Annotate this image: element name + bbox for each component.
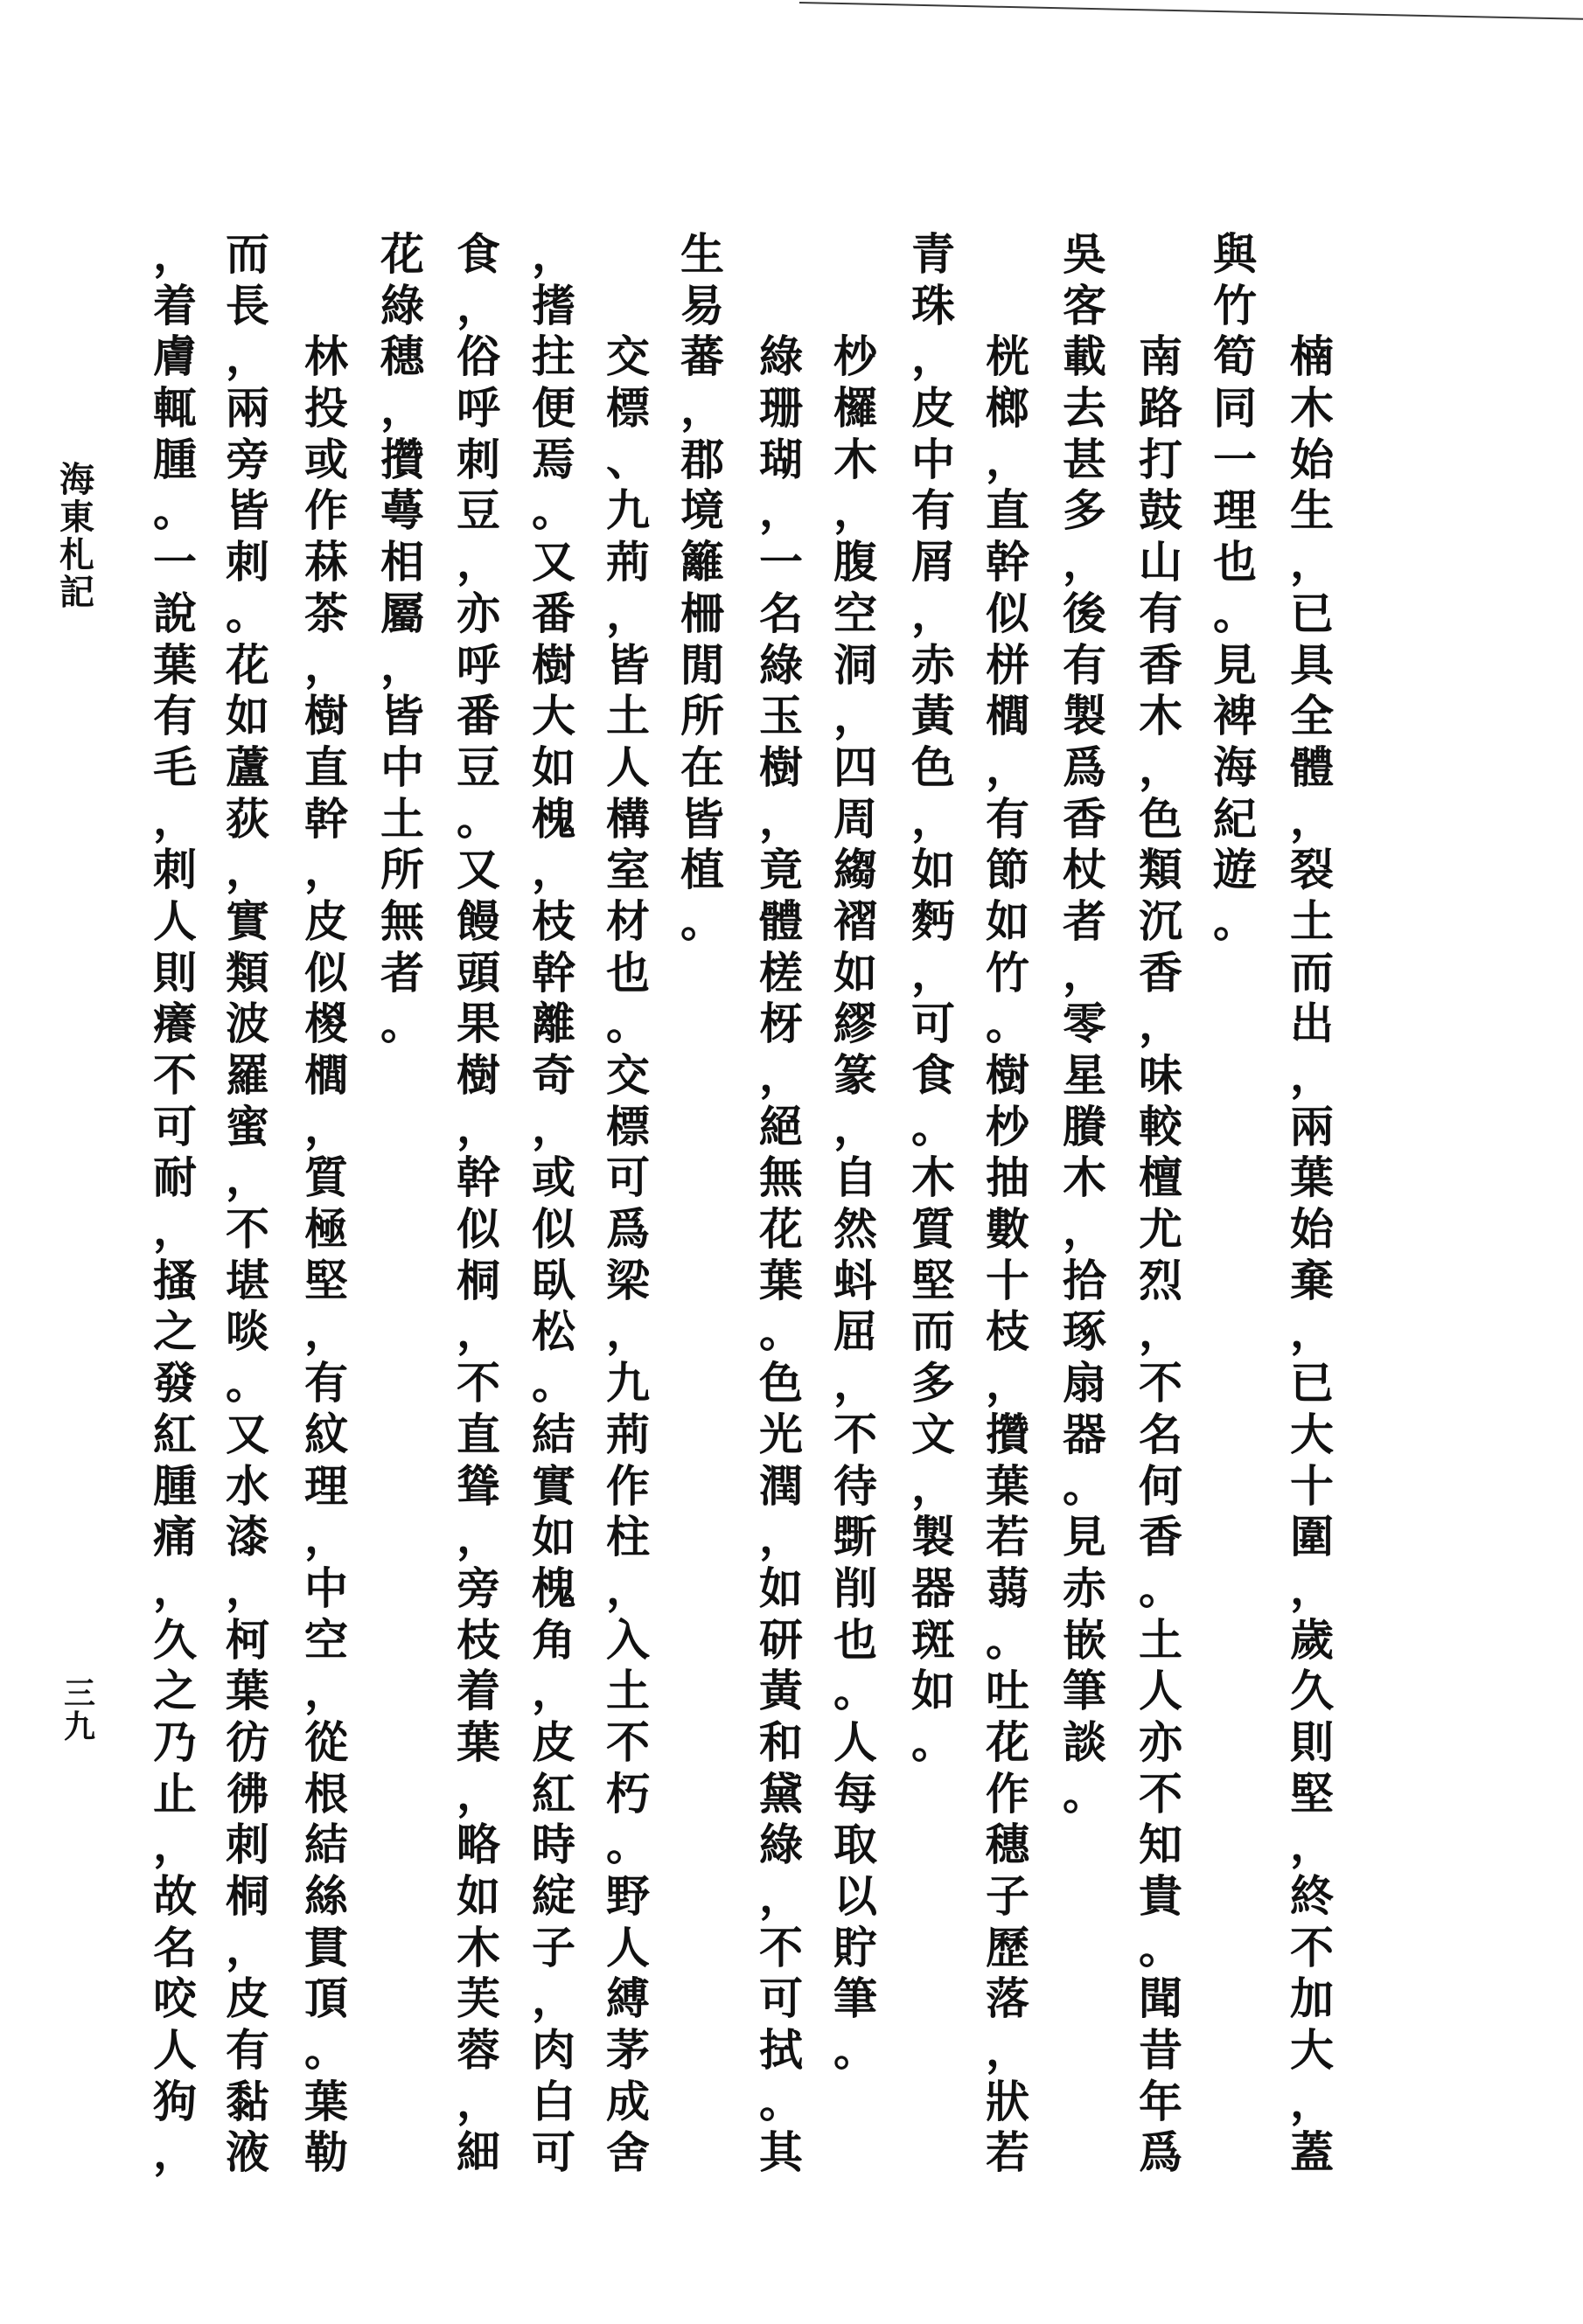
character: 材 xyxy=(603,896,653,948)
character: 也 xyxy=(1210,537,1260,588)
character: 其 xyxy=(756,2127,806,2179)
character: 木 xyxy=(908,1152,959,1204)
character: 者 xyxy=(1059,896,1110,948)
character: 筆 xyxy=(1059,1666,1110,1717)
character: 黃 xyxy=(908,691,959,742)
character: 櫚 xyxy=(301,1050,352,1102)
character: ， xyxy=(677,383,728,435)
character: 星 xyxy=(1059,1050,1110,1102)
character: ， xyxy=(528,1973,579,2025)
character: 止 xyxy=(150,1769,200,1820)
character: 同 xyxy=(1210,383,1260,435)
character: 。 xyxy=(222,1358,273,1409)
character: ， xyxy=(528,1102,579,1153)
character: 兩 xyxy=(222,383,273,435)
character: 見 xyxy=(1059,1512,1110,1563)
character: 篆 xyxy=(830,1050,881,1102)
character: 番 xyxy=(528,588,579,640)
character: 標 xyxy=(603,383,653,435)
character: 與 xyxy=(1210,229,1260,281)
character: 周 xyxy=(830,794,881,845)
character: 之 xyxy=(150,1306,200,1358)
character: 棄 xyxy=(1287,1256,1337,1307)
character: ， xyxy=(1287,1050,1337,1102)
character: 不 xyxy=(830,1409,881,1461)
character: 彿 xyxy=(222,1769,273,1820)
character: 大 xyxy=(1287,1409,1337,1461)
character: 海 xyxy=(1210,742,1260,794)
character: 何 xyxy=(1135,1461,1186,1513)
character: 黛 xyxy=(756,1769,806,1820)
character: 栟 xyxy=(982,640,1033,692)
character: 如 xyxy=(982,896,1033,948)
character: 作 xyxy=(301,485,352,537)
character: ， xyxy=(453,1102,504,1153)
character: ， xyxy=(528,845,579,896)
character: 落 xyxy=(982,1973,1033,2025)
character: 不 xyxy=(1135,1769,1186,1820)
character: ， xyxy=(756,1871,806,1923)
character: 南 xyxy=(1135,331,1186,383)
character: ， xyxy=(1059,948,1110,999)
character: 和 xyxy=(756,1717,806,1769)
character: ， xyxy=(603,1306,653,1358)
character: 作 xyxy=(603,1461,653,1513)
character: 彷 xyxy=(222,1717,273,1769)
character: 呼 xyxy=(453,640,504,692)
character: ， xyxy=(1287,1306,1337,1358)
character: 瑚 xyxy=(756,435,806,486)
character: 抽 xyxy=(982,1152,1033,1204)
character: 如 xyxy=(528,742,579,794)
character: 桐 xyxy=(222,1871,273,1923)
character: 、 xyxy=(603,435,653,486)
character: 椶 xyxy=(301,998,352,1050)
character: 。 xyxy=(756,1306,806,1358)
character: 紀 xyxy=(1210,794,1260,845)
character: 有 xyxy=(908,485,959,537)
character: 如 xyxy=(830,948,881,999)
character: 奇 xyxy=(528,1050,579,1102)
character: 潤 xyxy=(756,1461,806,1513)
character: 白 xyxy=(528,2077,579,2128)
character: 無 xyxy=(756,1152,806,1204)
character: 花 xyxy=(222,640,273,692)
character: 林 xyxy=(301,331,352,383)
character: 搔 xyxy=(150,1256,200,1307)
character: 以 xyxy=(830,1871,881,1923)
character: 每 xyxy=(830,1769,881,1820)
character: 人 xyxy=(603,742,653,794)
character: 皮 xyxy=(222,1973,273,2025)
character: 圍 xyxy=(1287,1512,1337,1563)
character: 豆 xyxy=(453,485,504,537)
character: 直 xyxy=(982,485,1033,537)
character: 相 xyxy=(377,537,428,588)
character: 柵 xyxy=(677,588,728,640)
character: 槐 xyxy=(528,794,579,845)
character: 果 xyxy=(453,998,504,1050)
character: ， xyxy=(377,383,428,435)
character: 縛 xyxy=(603,1973,653,2025)
character: 刺 xyxy=(222,1820,273,1871)
character: 番 xyxy=(453,691,504,742)
character: 人 xyxy=(150,2025,200,2077)
character: 攢 xyxy=(377,435,428,486)
character: 遊 xyxy=(1210,845,1260,896)
character: 十 xyxy=(1287,1461,1337,1513)
character: 樹 xyxy=(301,691,352,742)
character: 土 xyxy=(603,691,653,742)
character: ， xyxy=(301,640,352,692)
character: 文 xyxy=(908,1409,959,1461)
character: 聳 xyxy=(453,1461,504,1513)
character: 綻 xyxy=(528,1871,579,1923)
character: 烈 xyxy=(1135,1256,1186,1307)
character: 楠 xyxy=(1287,331,1337,383)
character: 土 xyxy=(1135,1615,1186,1666)
character: 而 xyxy=(1287,948,1337,999)
character: 斲 xyxy=(830,1512,881,1563)
text-column: 交標、九荊，皆土人構室材也。交標可爲梁，九荊作柱，入土不朽。野人縛茅成舍 xyxy=(603,229,653,2179)
character: 絕 xyxy=(756,1102,806,1153)
character: 花 xyxy=(756,1204,806,1256)
character: 聞 xyxy=(1135,1973,1186,2025)
character: 所 xyxy=(677,691,728,742)
character: 入 xyxy=(603,1615,653,1666)
character: 杖 xyxy=(1059,845,1110,896)
character: 貯 xyxy=(830,1923,881,1974)
character: 生 xyxy=(1287,485,1337,537)
character: 終 xyxy=(1287,1871,1337,1923)
character: ， xyxy=(756,1512,806,1563)
character: 理 xyxy=(301,1461,352,1513)
character: 味 xyxy=(1135,1050,1186,1102)
character: 記 xyxy=(58,574,96,611)
character: 不 xyxy=(756,1923,806,1974)
character: 賸 xyxy=(1059,1102,1110,1153)
character: 拾 xyxy=(1059,1256,1110,1307)
character: 若 xyxy=(982,2127,1033,2179)
character: ， xyxy=(1059,537,1110,588)
character: 柯 xyxy=(222,1615,273,1666)
character: 枒 xyxy=(756,998,806,1050)
character: 輒 xyxy=(150,383,200,435)
character: 舍 xyxy=(603,2127,653,2179)
character: 亦 xyxy=(1135,1717,1186,1769)
character: 皮 xyxy=(528,1717,579,1769)
character: ， xyxy=(830,1102,881,1153)
character: 木 xyxy=(830,435,881,486)
character: 略 xyxy=(453,1820,504,1871)
character: 久 xyxy=(150,1615,200,1666)
character: 花 xyxy=(377,229,428,281)
character: 類 xyxy=(222,948,273,999)
character: 九 xyxy=(603,485,653,537)
character: 杪 xyxy=(982,1102,1033,1153)
character: 着 xyxy=(150,281,200,332)
text-column: 杪欏木，腹空洞，四周縐褶如繆篆，自然蚪屈，不待斲削也。人每取以貯筆。 xyxy=(830,229,881,2077)
character: 刺 xyxy=(150,845,200,896)
character: 堪 xyxy=(222,1256,273,1307)
character: 堅 xyxy=(1287,1769,1337,1820)
text-column: ，搘拄便焉。又番樹大如槐，枝幹離奇，或似臥松。結實如槐角，皮紅時綻子，肉白可 xyxy=(528,229,579,2179)
character: 而 xyxy=(222,229,273,281)
character: 自 xyxy=(830,1152,881,1204)
character: 。 xyxy=(1059,1461,1110,1513)
character: 所 xyxy=(377,845,428,896)
character: ， xyxy=(301,1666,352,1717)
character: 色 xyxy=(908,742,959,794)
character: 昔 xyxy=(1135,2025,1186,2077)
character: 實 xyxy=(528,1461,579,1513)
character: 色 xyxy=(756,1358,806,1409)
character: 而 xyxy=(908,1306,959,1358)
character: 裂 xyxy=(1287,845,1337,896)
character: 樹 xyxy=(982,1050,1033,1102)
character: 裨 xyxy=(1210,691,1260,742)
character: 待 xyxy=(830,1461,881,1513)
character: ， xyxy=(222,331,273,383)
text-column: 楠木始生，已具全體，裂土而出，兩葉始棄，已大十圍，歲久則堅，終不加大，蓋 xyxy=(1287,229,1337,2179)
character: ， xyxy=(982,435,1033,486)
character: 頭 xyxy=(453,948,504,999)
character: 狀 xyxy=(982,2077,1033,2128)
character: 可 xyxy=(528,2127,579,2179)
character: 海 xyxy=(58,461,96,498)
character: ， xyxy=(1059,1204,1110,1256)
character: 構 xyxy=(603,794,653,845)
character: 蜜 xyxy=(222,1102,273,1153)
text-column: 南路打鼓山有香木，色類沉香，味較檀尤烈，不名何香。土人亦不知貴。聞昔年爲 xyxy=(1135,229,1186,2179)
text-column: 而長，兩旁皆刺。花如蘆荻，實類波羅蜜，不堪啖。又水漆，柯葉彷彿刺桐，皮有黏液 xyxy=(222,229,273,2179)
character: 體 xyxy=(1287,742,1337,794)
character: 木 xyxy=(453,1923,504,1974)
character: ， xyxy=(528,229,579,281)
character: ， xyxy=(908,948,959,999)
character: 四 xyxy=(830,742,881,794)
character: ， xyxy=(982,1358,1033,1409)
character: 色 xyxy=(1135,794,1186,845)
character: 。 xyxy=(603,1820,653,1871)
text-column: 食，俗呼刺豆，亦呼番豆。又饅頭果樹，幹似桐，不直聳，旁枝着葉，略如木芙蓉，細 xyxy=(453,229,504,2179)
character: 取 xyxy=(830,1820,881,1871)
character: 細 xyxy=(453,2127,504,2179)
character: ， xyxy=(528,1666,579,1717)
character: 根 xyxy=(301,1769,352,1820)
character: 木 xyxy=(1059,1152,1110,1204)
character: 中 xyxy=(377,742,428,794)
character: 勒 xyxy=(301,2127,352,2179)
character: 膚 xyxy=(150,331,200,383)
character: 筍 xyxy=(1210,331,1260,383)
character: 液 xyxy=(222,2127,273,2179)
character: 着 xyxy=(453,1666,504,1717)
character: 饅 xyxy=(453,896,504,948)
character: 子 xyxy=(982,1871,1033,1923)
character: 。 xyxy=(908,1102,959,1153)
character: 長 xyxy=(222,281,273,332)
character: 在 xyxy=(677,742,728,794)
character: 。 xyxy=(908,1717,959,1769)
character: ， xyxy=(453,1769,504,1820)
character: 腫 xyxy=(150,1461,200,1513)
character: 乃 xyxy=(150,1717,200,1769)
character: ， xyxy=(1287,537,1337,588)
character: ， xyxy=(1135,1306,1186,1358)
character: 多 xyxy=(1059,485,1110,537)
character: ， xyxy=(222,1563,273,1615)
character: 生 xyxy=(677,229,728,281)
character: ， xyxy=(1287,794,1337,845)
character: 木 xyxy=(1287,383,1337,435)
character: 竹 xyxy=(1210,281,1260,332)
character: 褶 xyxy=(830,896,881,948)
character: 便 xyxy=(528,383,579,435)
character: 貫 xyxy=(301,1923,352,1974)
character: 堅 xyxy=(908,1256,959,1307)
character: 室 xyxy=(603,845,653,896)
character: 如 xyxy=(908,845,959,896)
character: 不 xyxy=(222,1204,273,1256)
character: 有 xyxy=(222,2025,273,2077)
character: 枝 xyxy=(528,896,579,948)
character: ， xyxy=(603,1563,653,1615)
character: 似 xyxy=(528,1204,579,1256)
character: 綠 xyxy=(756,640,806,692)
character: 始 xyxy=(1287,1204,1337,1256)
character: 漆 xyxy=(222,1512,273,1563)
character: 松 xyxy=(528,1306,579,1358)
character: 又 xyxy=(528,537,579,588)
character: 甚 xyxy=(1059,435,1110,486)
character: 癢 xyxy=(150,998,200,1050)
character: 結 xyxy=(528,1409,579,1461)
character: 九 xyxy=(603,1358,653,1409)
character: 削 xyxy=(830,1563,881,1615)
character: 中 xyxy=(301,1563,352,1615)
book-page: 楠木始生，已具全體，裂土而出，兩葉始棄，已大十圍，歲久則堅，終不加大，蓋 與竹筍… xyxy=(0,0,1583,2324)
character: 不 xyxy=(150,1050,200,1102)
character: 有 xyxy=(982,794,1033,845)
character: 則 xyxy=(1287,1717,1337,1769)
character: 。 xyxy=(982,998,1033,1050)
character: 狗 xyxy=(150,2077,200,2128)
character: 朽 xyxy=(603,1769,653,1820)
character: 土 xyxy=(377,794,428,845)
character: 。 xyxy=(677,896,728,948)
character: ， xyxy=(908,331,959,383)
character: 屬 xyxy=(377,588,428,640)
character: 枝 xyxy=(982,1306,1033,1358)
character: 中 xyxy=(908,435,959,486)
character: 貴 xyxy=(1135,1871,1186,1923)
character: 也 xyxy=(830,1615,881,1666)
character: 似 xyxy=(453,1204,504,1256)
character: 琢 xyxy=(1059,1306,1110,1358)
character: 花 xyxy=(982,1717,1033,1769)
character: 。 xyxy=(150,485,200,537)
character: 蕃 xyxy=(677,331,728,383)
character: 荻 xyxy=(222,794,273,845)
character: 香 xyxy=(1135,948,1186,999)
character: 羅 xyxy=(222,1050,273,1102)
character: ， xyxy=(453,2077,504,2128)
character: 波 xyxy=(222,998,273,1050)
character: 槎 xyxy=(756,948,806,999)
character: ， xyxy=(150,1563,200,1615)
character: 葉 xyxy=(756,1256,806,1307)
character: 節 xyxy=(982,845,1033,896)
character: ， xyxy=(908,588,959,640)
text-column: 花綠穗，攢蕚相屬，皆中土所無者。 xyxy=(377,229,428,1050)
character: 研 xyxy=(756,1615,806,1666)
character: 作 xyxy=(982,1769,1033,1820)
character: 茅 xyxy=(603,2025,653,2077)
character: ， xyxy=(301,845,352,896)
character: ， xyxy=(453,1512,504,1563)
character: 。 xyxy=(1135,1923,1186,1974)
character: ， xyxy=(908,794,959,845)
character: 名 xyxy=(1135,1409,1186,1461)
character: ， xyxy=(1135,742,1186,794)
character: 綠 xyxy=(377,281,428,332)
character: 結 xyxy=(301,1820,352,1871)
character: 年 xyxy=(1135,2077,1186,2128)
character: 。 xyxy=(830,2025,881,2077)
character: 三 xyxy=(60,1677,99,1710)
character: 絲 xyxy=(301,1871,352,1923)
text-column: ，着膚輒腫。一說葉有毛，刺人則癢不可耐，搔之發紅腫痛，久之乃止，故名咬人狗， xyxy=(150,229,200,2179)
character: 有 xyxy=(1135,588,1186,640)
character: 可 xyxy=(150,1102,200,1153)
character: 交 xyxy=(603,1050,653,1102)
character: 麪 xyxy=(908,896,959,948)
character: 蓋 xyxy=(1287,2127,1337,2179)
character: 東 xyxy=(58,498,96,536)
character: 榔 xyxy=(982,383,1033,435)
character: 又 xyxy=(222,1409,273,1461)
character: 多 xyxy=(908,1358,959,1409)
text-column: 生易蕃，郡境籬柵閒所在皆植。 xyxy=(677,229,728,948)
character: 交 xyxy=(603,331,653,383)
character: 閒 xyxy=(677,640,728,692)
character: 似 xyxy=(982,588,1033,640)
scan-edge-line xyxy=(799,2,1583,20)
character: 幹 xyxy=(453,1152,504,1204)
character: 俗 xyxy=(453,331,504,383)
character: 。 xyxy=(1210,896,1260,948)
character: 時 xyxy=(528,1820,579,1871)
character: 赤 xyxy=(1059,1563,1110,1615)
character: 蓉 xyxy=(453,2025,504,2077)
character: 如 xyxy=(222,691,273,742)
character: 。 xyxy=(528,485,579,537)
character: 已 xyxy=(1287,588,1337,640)
character: ， xyxy=(301,1512,352,1563)
character: 吳 xyxy=(1059,229,1110,281)
character: 數 xyxy=(982,1204,1033,1256)
character: 珠 xyxy=(908,281,959,332)
character: 體 xyxy=(756,896,806,948)
character: 茶 xyxy=(301,588,352,640)
character: 皆 xyxy=(222,485,273,537)
character: 然 xyxy=(830,1204,881,1256)
character: 離 xyxy=(528,998,579,1050)
character: ， xyxy=(1287,1820,1337,1871)
character: 幹 xyxy=(528,948,579,999)
character: 腹 xyxy=(830,537,881,588)
